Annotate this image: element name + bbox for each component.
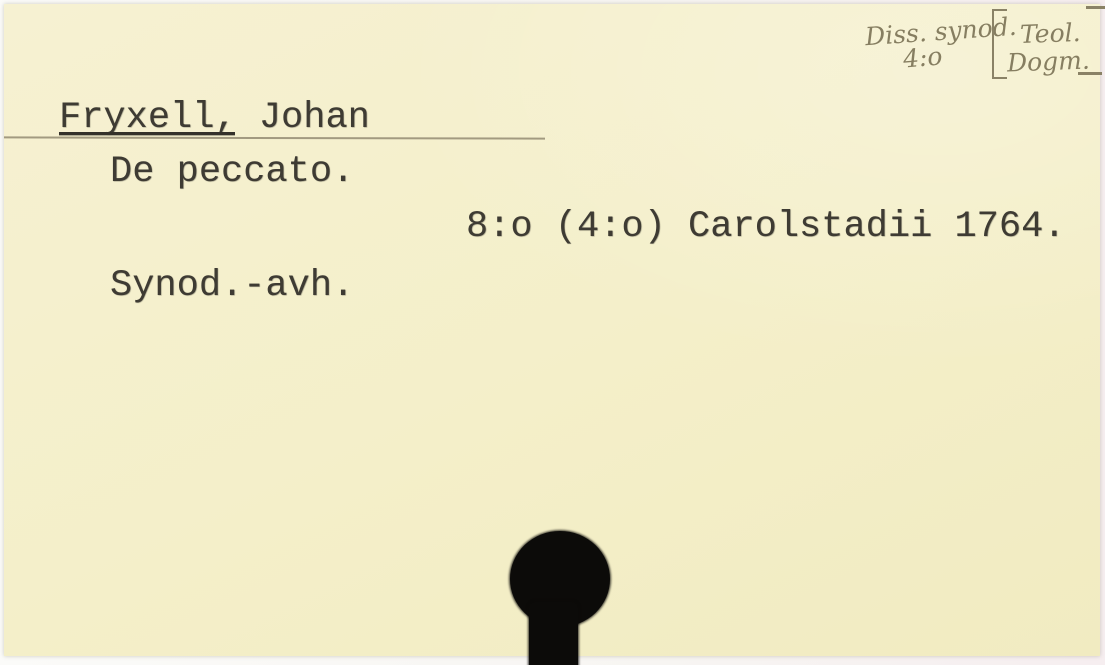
imprint-line: 8:o (4:o) Carolstadii 1764. — [466, 209, 1066, 246]
bracket-right-bottom-mark — [1078, 72, 1102, 75]
catalog-card: Fryxell, Johan De peccato. 8:o (4:o) Car… — [4, 4, 1100, 656]
pencil-rule-line — [4, 136, 545, 139]
author-underline — [59, 132, 235, 135]
bracket-right-top-mark — [1086, 6, 1105, 9]
title-line: De peccato. — [110, 154, 354, 191]
annotation-format: 4:o — [902, 43, 943, 71]
classification-bracket — [992, 9, 1007, 79]
note-line: Synod.-avh. — [110, 268, 354, 305]
classification-line-1: Teol. — [1020, 20, 1081, 47]
punch-hole-stem — [529, 602, 578, 665]
author-forename: Johan — [237, 97, 370, 139]
scan-background: Fryxell, Johan De peccato. 8:o (4:o) Car… — [0, 0, 1105, 665]
